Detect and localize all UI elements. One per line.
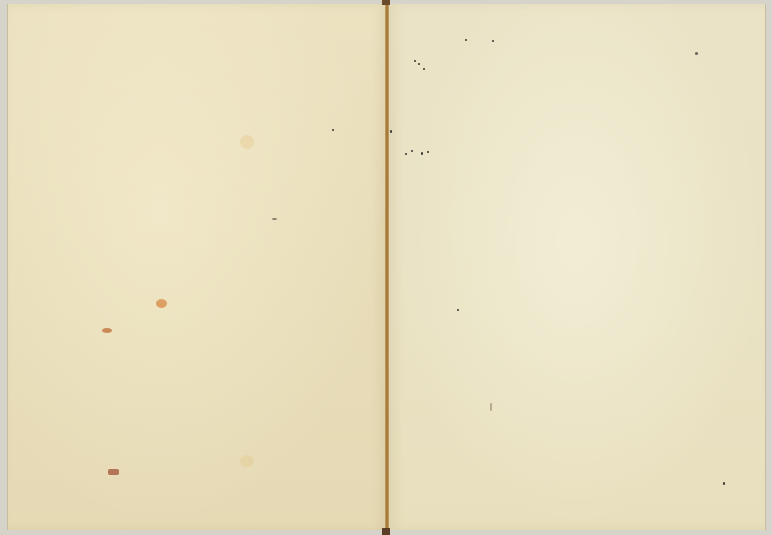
left-page [8, 4, 386, 530]
speck [492, 40, 494, 42]
speck [695, 52, 698, 55]
stain [102, 328, 112, 333]
stain [240, 455, 254, 467]
speck [272, 218, 277, 220]
speck [723, 482, 725, 485]
speck [405, 153, 407, 155]
book-gutter [385, 0, 389, 535]
speck [465, 39, 467, 41]
speck [457, 309, 459, 311]
stain [240, 135, 254, 149]
speck [418, 63, 420, 65]
right-page [389, 4, 765, 530]
stain [108, 469, 119, 475]
speck [414, 60, 416, 62]
stain [156, 299, 167, 308]
binding-bottom [382, 528, 390, 535]
binding-top [382, 0, 390, 5]
speck [390, 130, 392, 133]
speck [411, 150, 413, 152]
speck [490, 403, 492, 411]
speck [427, 151, 429, 153]
speck [332, 129, 334, 131]
speck [423, 68, 425, 70]
speck [421, 152, 423, 155]
